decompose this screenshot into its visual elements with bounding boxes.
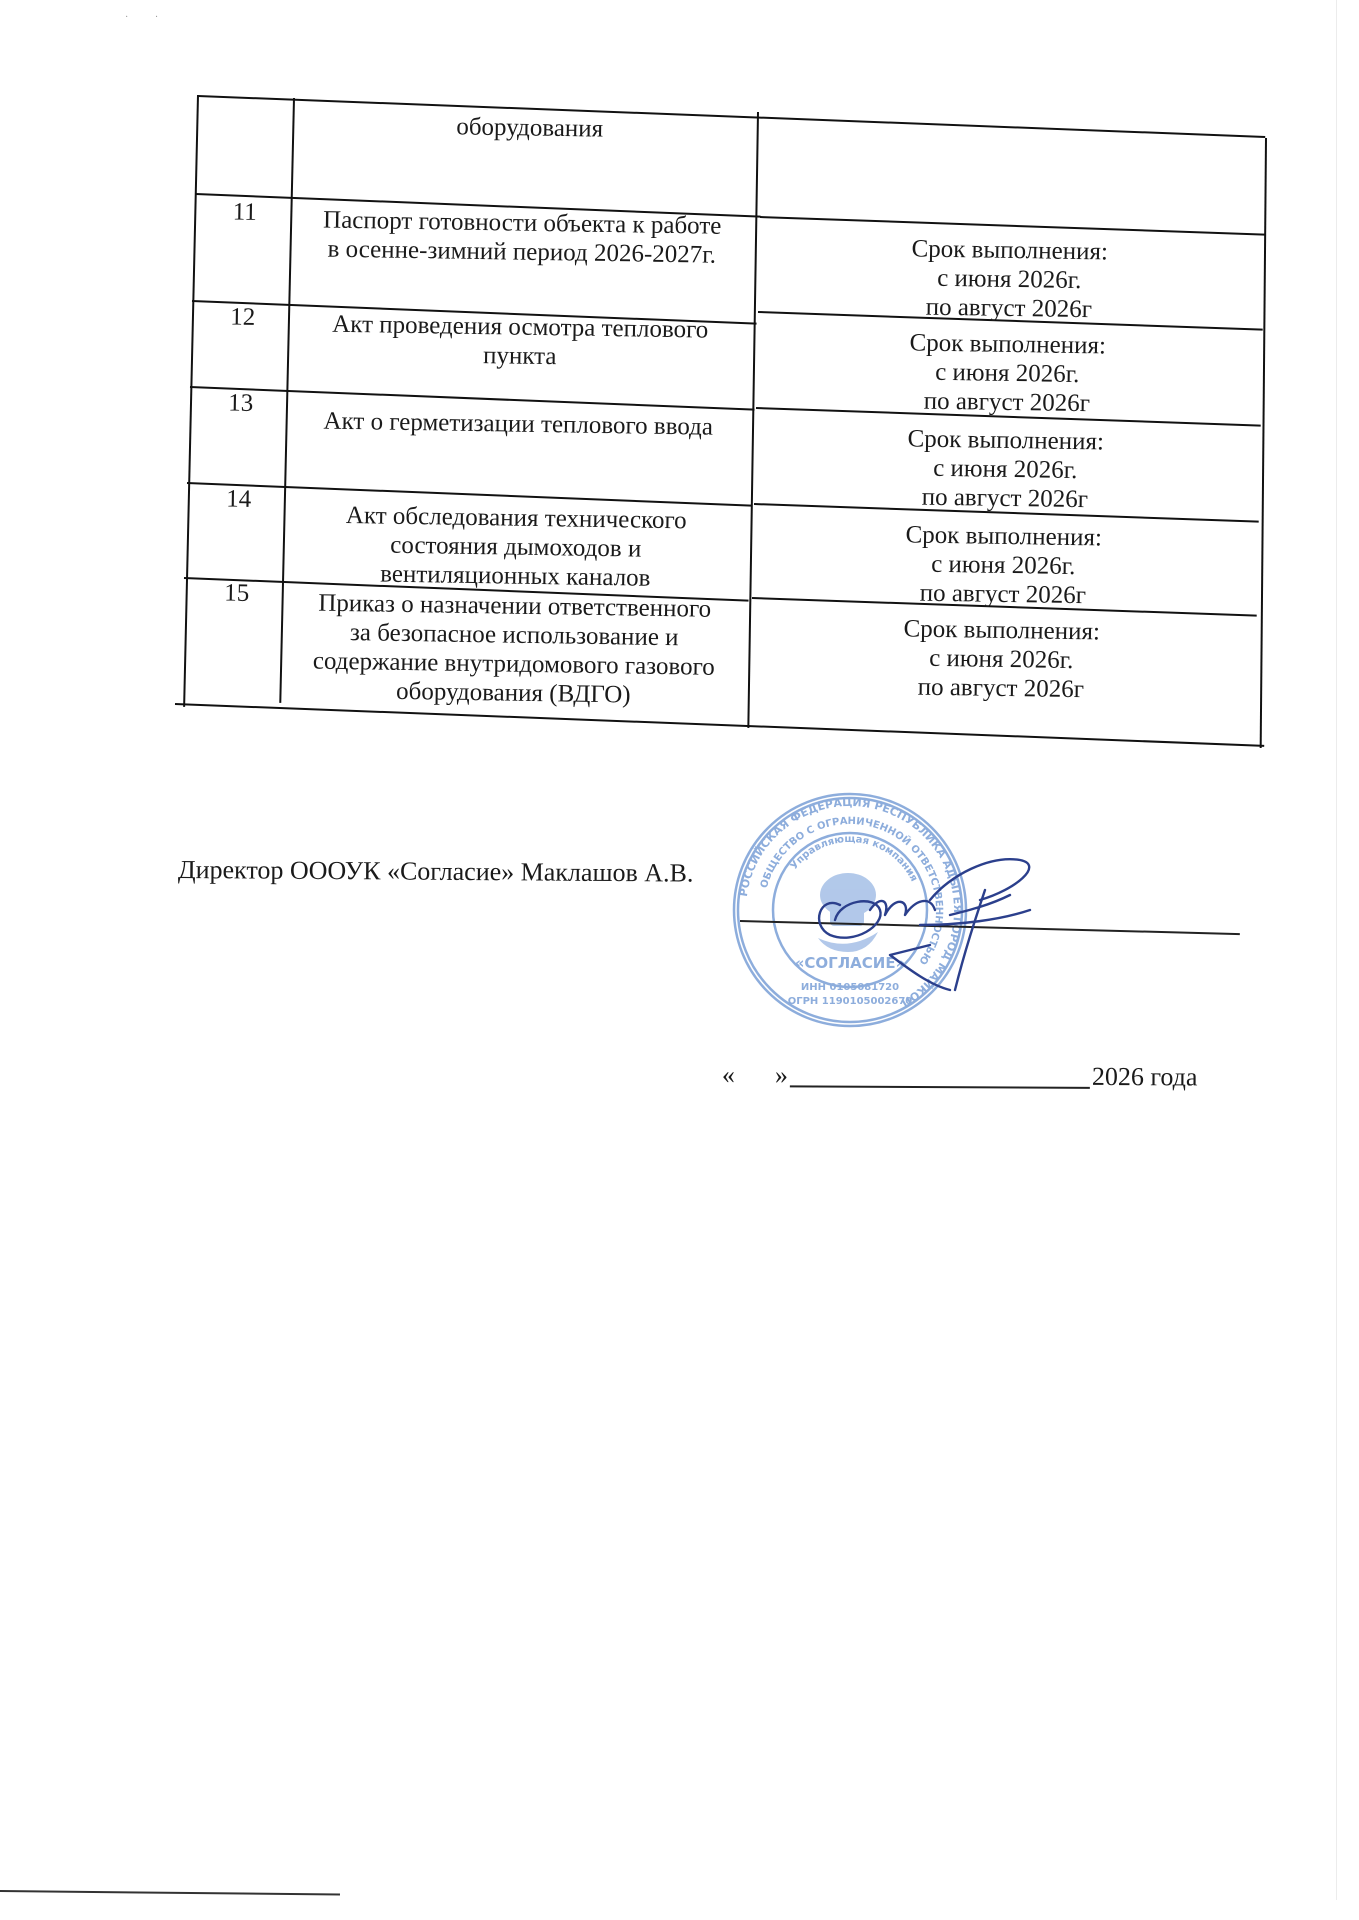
cell-row-number: 15 bbox=[192, 578, 282, 608]
cell-row-number: 11 bbox=[200, 197, 290, 227]
cell-row-number: 12 bbox=[198, 302, 288, 332]
cell-deadline: Срок выполнения: с июня 2026г. по август… bbox=[759, 232, 1260, 327]
cell-document-name: Акт обследования технического состояния … bbox=[283, 500, 749, 594]
cell-document-name: Паспорт готовности объекта к работе в ос… bbox=[289, 205, 755, 270]
date-month-blank bbox=[790, 1085, 1090, 1089]
cell-row-number: 13 bbox=[196, 388, 286, 418]
cell-document-name: Акт о герметизации теплового ввода bbox=[286, 406, 751, 442]
cell-deadline: Срок выполнения: с июня 2026г. по август… bbox=[755, 422, 1256, 517]
cell-document-name: Акт проведения осмотра теплового пункта bbox=[287, 309, 753, 374]
handwritten-signature-icon bbox=[800, 850, 1130, 1010]
cell-deadline: Срок выполнения: с июня 2026г. по август… bbox=[751, 612, 1252, 707]
scan-artifact: · · bbox=[125, 12, 170, 23]
cell-deadline: Срок выполнения: с июня 2026г. по август… bbox=[753, 518, 1254, 613]
cell-document-name: Приказ о назначении ответственного за бе… bbox=[278, 588, 750, 711]
director-name-text: Директор ОООУК «Согласие» Маклашов А.В. bbox=[178, 855, 694, 889]
page-edge bbox=[1336, 0, 1337, 1900]
cell-document-name: оборудования bbox=[310, 110, 750, 146]
date-year-text: 2026 года bbox=[1092, 1062, 1198, 1092]
cell-deadline: Срок выполнения: с июня 2026г. по август… bbox=[757, 326, 1258, 421]
table-border-right bbox=[1260, 138, 1267, 748]
date-close-quote: » bbox=[775, 1060, 788, 1089]
cell-row-number: 14 bbox=[194, 484, 284, 514]
date-line: «»2026 года bbox=[722, 1060, 1198, 1092]
date-open-quote: « bbox=[722, 1060, 735, 1089]
scan-artifact-line bbox=[0, 1890, 340, 1896]
